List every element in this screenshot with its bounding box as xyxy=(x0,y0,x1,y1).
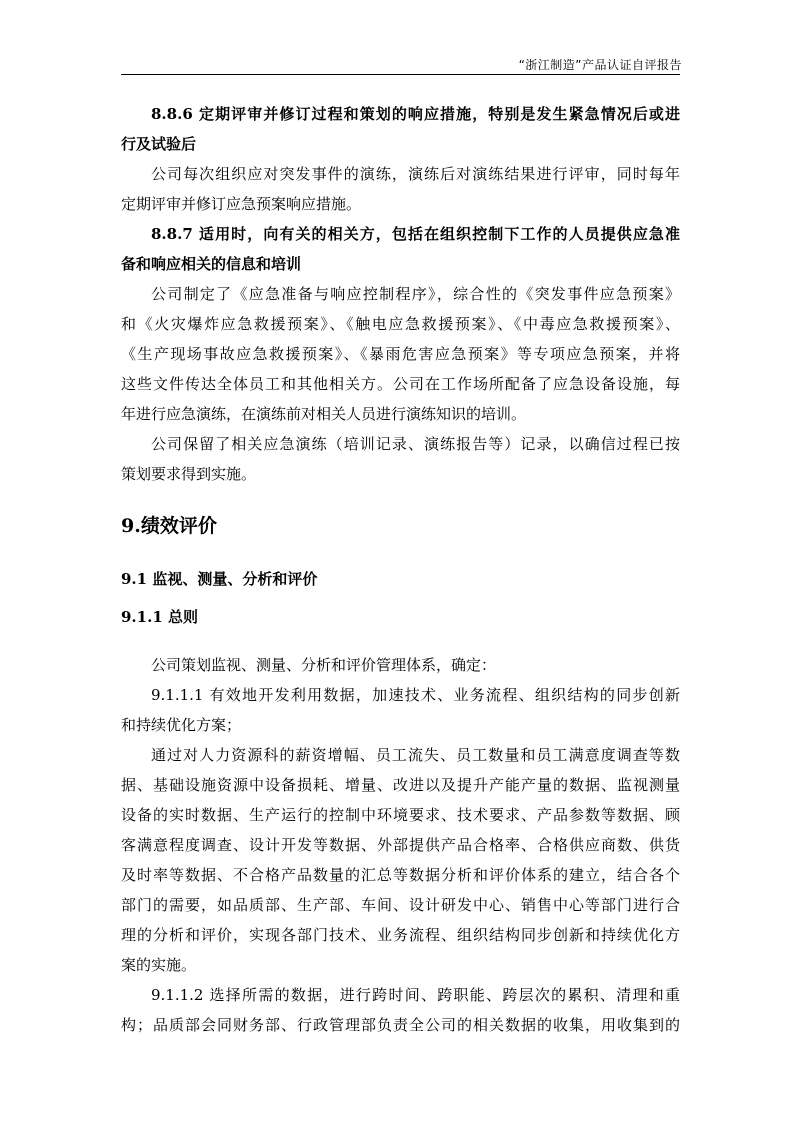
paragraph-line: 这些文件传达全体员工和其他相关方。公司在工作场所配备了应急设备设施，每 xyxy=(121,374,680,394)
paragraph-line: 《生产现场事故应急救援预案》、《暴雨危害应急预案》等专项应急预案，并将 xyxy=(121,344,680,364)
paragraph-line: 客满意程度调查、设计开发等数据、外部提供产品合格率、合格供应商数、供货 xyxy=(121,835,680,855)
paragraph-line: 9.1.1.2 选择所需的数据，进行跨时间、跨职能、跨层次的累积、清理和重 xyxy=(151,985,680,1005)
section-title: 9.1 监视、测量、分析和评价 xyxy=(121,569,317,589)
paragraph-line: 年进行应急演练，在演练前对相关人员进行演练知识的培训。 xyxy=(121,404,526,424)
paragraph-line: 部门的需要，如品质部、生产部、车间、设计研发中心、销售中心等部门进行合 xyxy=(121,895,680,915)
section-heading: 行及试验后 xyxy=(121,134,196,154)
paragraph-line: 通过对人力资源科的薪资增幅、员工流失、员工数量和员工满意度调查等数 xyxy=(151,745,680,765)
section-heading: 8.8.6 定期评审并修订过程和策划的响应措施，特别是发生紧急情况后或进 xyxy=(151,104,680,124)
paragraph-line: 构；品质部会同财务部、行政管理部负责全公司的相关数据的收集，用收集到的 xyxy=(121,1015,680,1035)
paragraph-line: 设备的实时数据、生产运行的控制中环境要求、技术要求、产品参数等数据、顾 xyxy=(121,805,680,825)
paragraph-line: 案的实施。 xyxy=(121,955,196,975)
paragraph-line: 和持续优化方案； xyxy=(121,715,241,735)
header-title: “浙江制造”产品认证自评报告 xyxy=(519,56,682,73)
section-heading: 备和响应相关的信息和培训 xyxy=(121,254,301,274)
paragraph-line: 定期评审并修订应急预案响应措施。 xyxy=(121,194,361,214)
paragraph-line: 及时率等数据、不合格产品数量的汇总等数据分析和评价体系的建立，结合各个 xyxy=(121,865,680,885)
header-divider xyxy=(121,74,680,75)
section-heading: 8.8.7 适用时，向有关的相关方，包括在组织控制下工作的人员提供应急准 xyxy=(151,224,680,244)
subsection-title: 9.1.1 总则 xyxy=(121,607,198,627)
paragraph-line: 9.1.1.1 有效地开发利用数据，加速技术、业务流程、组织结构的同步创新 xyxy=(151,685,680,705)
paragraph-line: 公司策划监视、测量、分析和评价管理体系，确定： xyxy=(151,655,496,675)
chapter-title: 9.绩效评价 xyxy=(121,516,217,536)
paragraph-line: 和《火灾爆炸应急救援预案》、《触电应急救援预案》、《中毒应急救援预案》、 xyxy=(121,314,680,334)
paragraph-line: 公司每次组织应对突发事件的演练，演练后对演练结果进行评审，同时每年 xyxy=(151,164,680,184)
paragraph-line: 公司制定了《应急准备与响应控制程序》，综合性的《突发事件应急预案》 xyxy=(151,284,680,304)
paragraph-line: 理的分析和评价，实现各部门技术、业务流程、组织结构同步创新和持续优化方 xyxy=(121,925,680,945)
paragraph-line: 策划要求得到实施。 xyxy=(121,464,256,484)
paragraph-line: 据、基础设施资源中设备损耗、增量、改进以及提升产能产量的数据、监视测量 xyxy=(121,775,680,795)
paragraph-line: 公司保留了相关应急演练（培训记录、演练报告等）记录，以确信过程已按 xyxy=(151,434,680,454)
